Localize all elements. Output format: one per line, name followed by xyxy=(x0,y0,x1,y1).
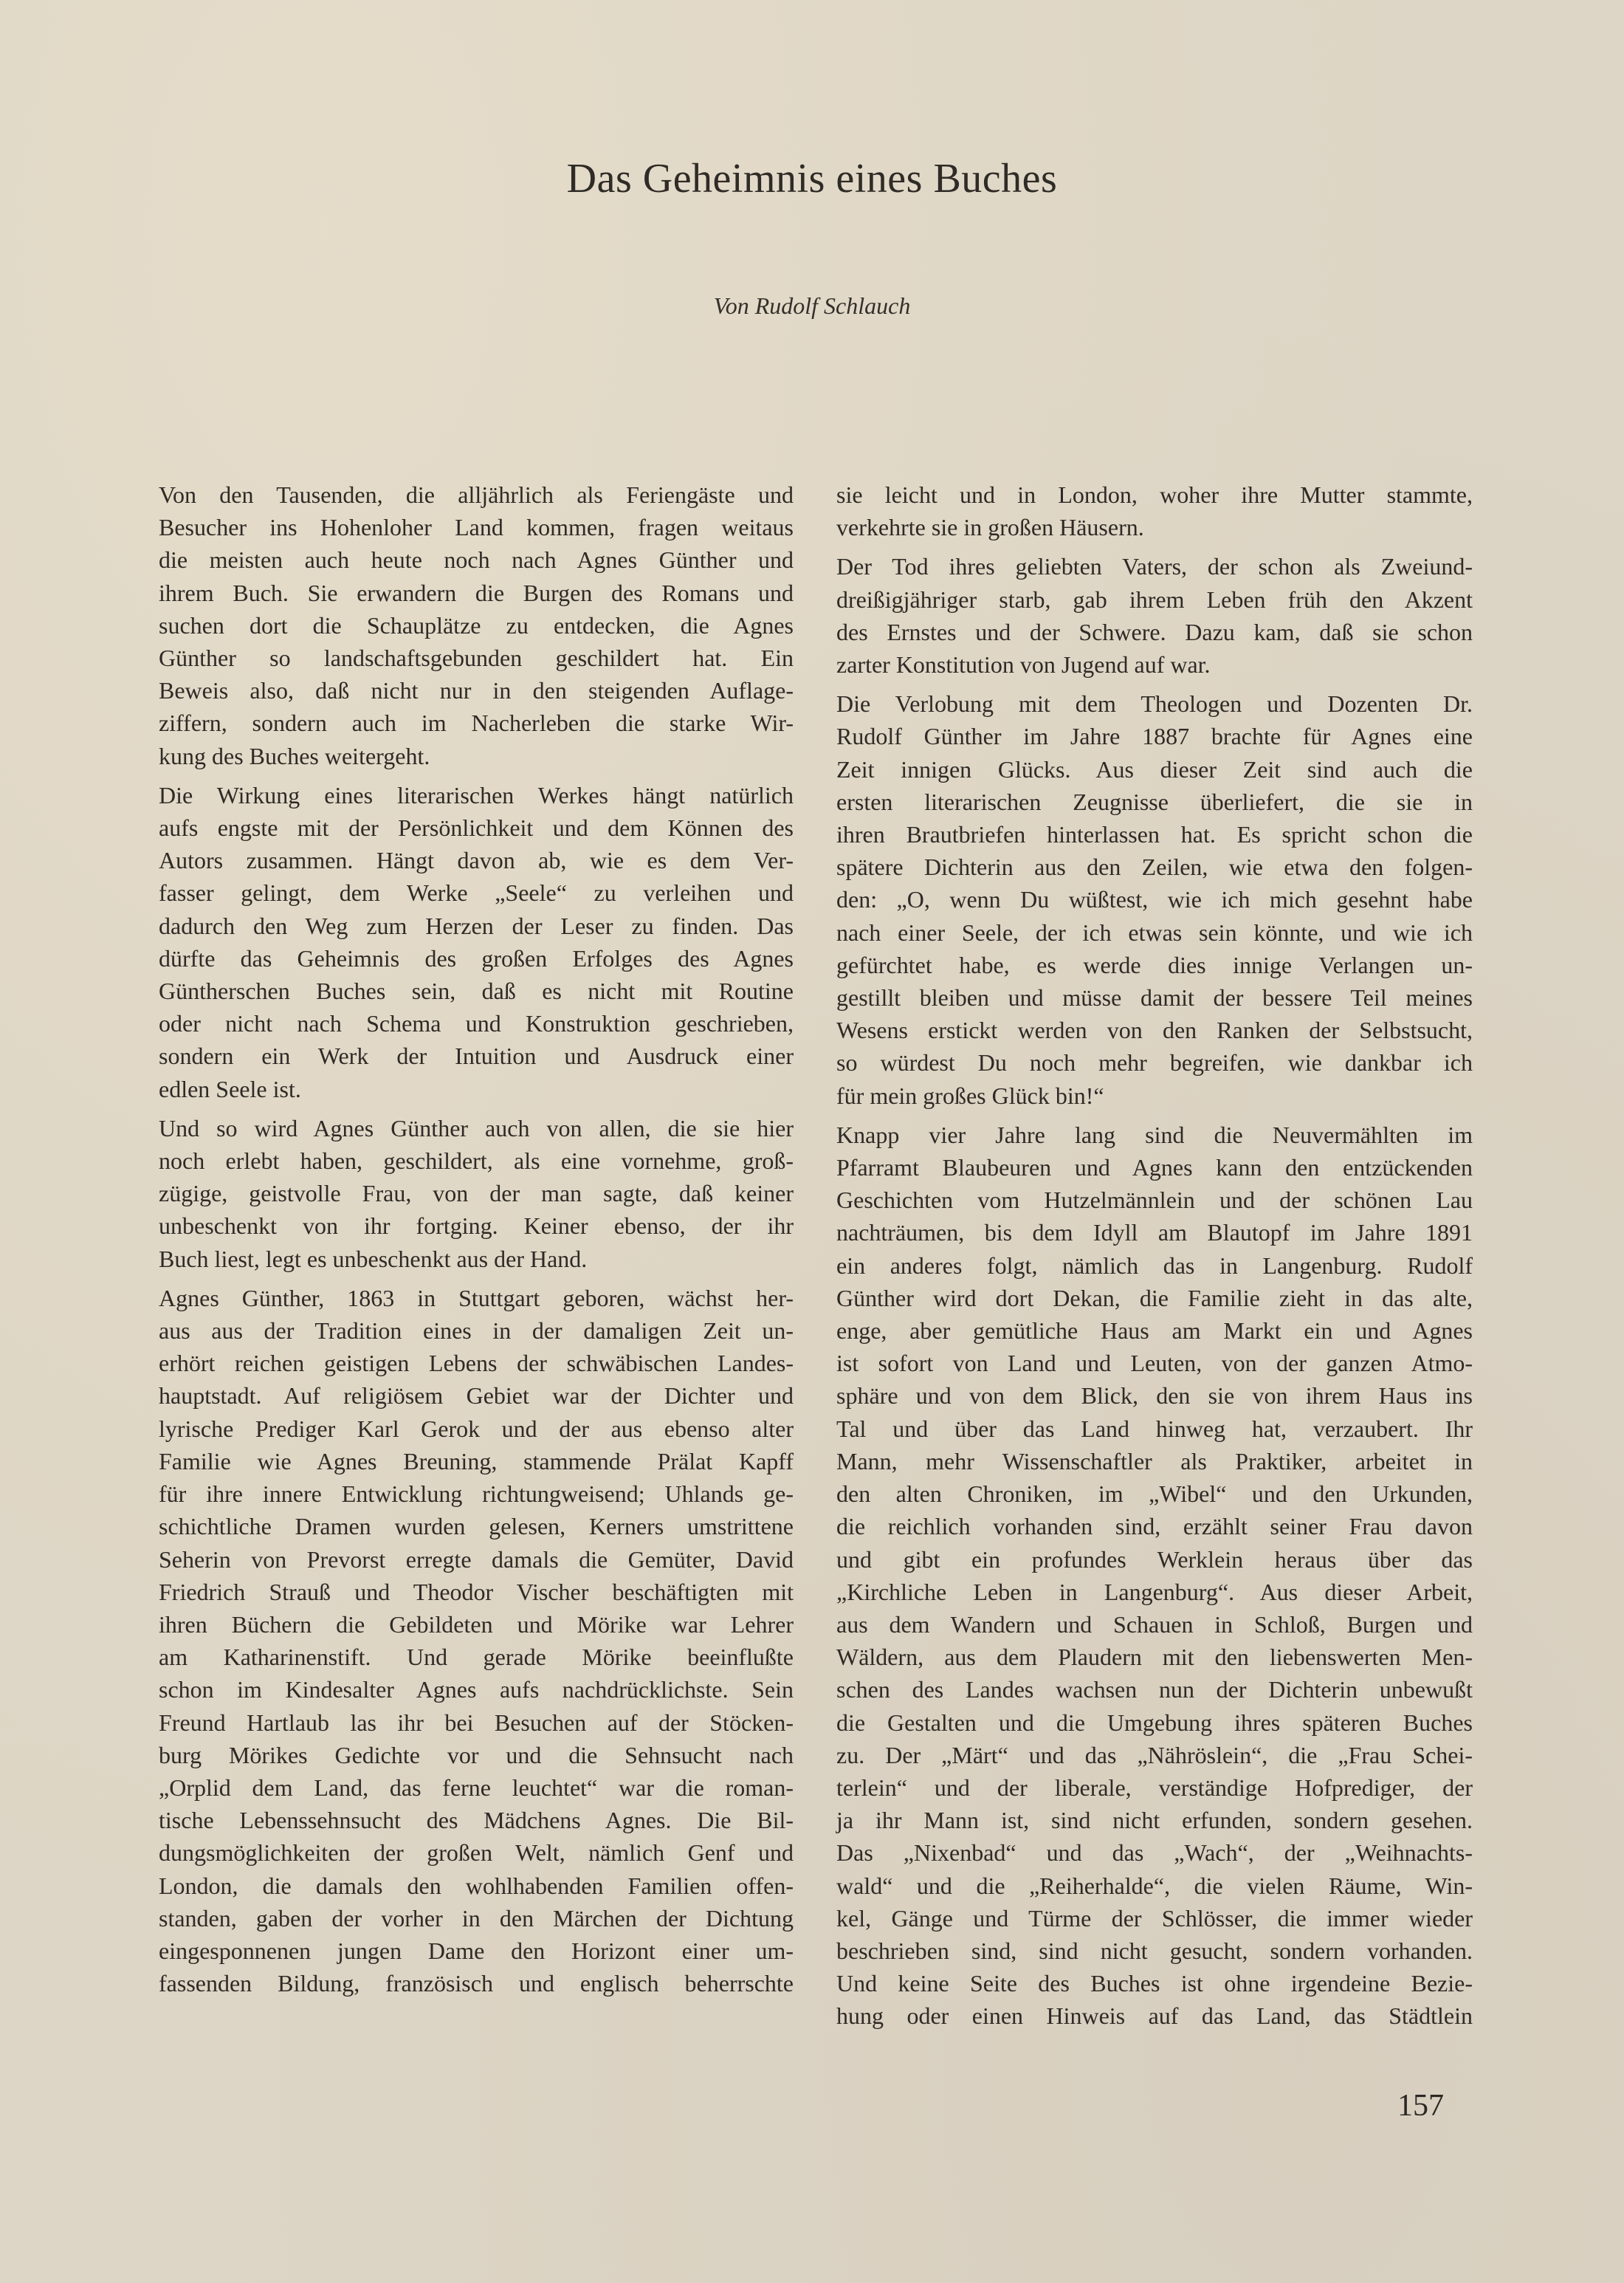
text-line: lyrische Prediger Karl Gerok und der aus… xyxy=(159,1412,794,1445)
text-line: ist sofort von Land und Leuten, von der … xyxy=(836,1347,1473,1379)
text-line: Buch liest, legt es unbeschenkt aus der … xyxy=(159,1243,794,1275)
text-line: Mann, mehr Wissenschaftler als Praktiker… xyxy=(836,1445,1473,1477)
text-line: zarter Konstitution von Jugend auf war. xyxy=(836,648,1473,681)
text-line: hung oder einen Hinweis auf das Land, da… xyxy=(836,1999,1473,2032)
text-line: so würdest Du noch mehr begreifen, wie d… xyxy=(836,1046,1473,1079)
text-line: schon im Kindesalter Agnes aufs nachdrüc… xyxy=(159,1673,794,1706)
text-line: Wesens erstickt werden von den Ranken de… xyxy=(836,1014,1473,1046)
article-byline: Von Rudolf Schlauch xyxy=(0,292,1624,320)
text-line: fassenden Bildung, französisch und engli… xyxy=(159,1967,794,1999)
text-line: schichtliche Dramen wurden gelesen, Kern… xyxy=(159,1510,794,1542)
text-line: „Kirchliche Leben in Langenburg“. Aus di… xyxy=(836,1576,1473,1608)
text-line: ja ihr Mann ist, sind nicht erfunden, so… xyxy=(836,1804,1473,1836)
text-line: Von den Tausenden, die alljährlich als F… xyxy=(159,478,794,511)
text-line: erhört reichen geistigen Lebens der schw… xyxy=(159,1347,794,1379)
paragraph: Von den Tausenden, die alljährlich als F… xyxy=(159,478,794,772)
page-number: 157 xyxy=(1397,2088,1444,2124)
text-line: „Orplid dem Land, das ferne leuchtet“ wa… xyxy=(159,1771,794,1804)
text-line: Wäldern, aus dem Plaudern mit den lieben… xyxy=(836,1641,1473,1673)
text-line: Friedrich Strauß und Theodor Vischer bes… xyxy=(159,1576,794,1608)
text-column-left: Von den Tausenden, die alljährlich als F… xyxy=(159,478,794,2006)
text-line: die meisten auch heute noch nach Agnes G… xyxy=(159,543,794,576)
text-line: hauptstadt. Auf religiösem Gebiet war de… xyxy=(159,1379,794,1412)
text-line: Tal und über das Land hinweg hat, verzau… xyxy=(836,1412,1473,1445)
text-line: nachträumen, bis dem Idyll am Blautopf i… xyxy=(836,1216,1473,1249)
text-line: sondern ein Werk der Intuition und Ausdr… xyxy=(159,1040,794,1072)
text-line: Knapp vier Jahre lang sind die Neuvermäh… xyxy=(836,1119,1473,1151)
text-line: für mein großes Glück bin!“ xyxy=(836,1079,1473,1112)
text-line: ihren Brautbriefen hinterlassen hat. Es … xyxy=(836,818,1473,851)
text-line: Günther wird dort Dekan, die Familie zie… xyxy=(836,1282,1473,1314)
paragraph: sie leicht und in London, woher ihre Mut… xyxy=(836,478,1473,543)
text-line: wald“ und die „Reiherhalde“, die vielen … xyxy=(836,1870,1473,1902)
text-line: Das „Nixenbad“ und das „Wach“, der „Weih… xyxy=(836,1836,1473,1869)
text-line: suchen dort die Schauplätze zu entdecken… xyxy=(159,609,794,642)
paragraph: Knapp vier Jahre lang sind die Neuvermäh… xyxy=(836,1119,1473,2033)
text-line: Günther so landschaftsgebunden geschilde… xyxy=(159,642,794,674)
paragraph: Und so wird Agnes Günther auch von allen… xyxy=(159,1112,794,1275)
text-line: zu. Der „Märt“ und das „Nähröslein“, die… xyxy=(836,1739,1473,1771)
text-line: schen des Landes wachsen nun der Dichter… xyxy=(836,1673,1473,1706)
text-line: nach einer Seele, der ich etwas sein kön… xyxy=(836,916,1473,949)
text-line: gestillt bleiben und müsse damit der bes… xyxy=(836,981,1473,1014)
text-line: Der Tod ihres geliebten Vaters, der scho… xyxy=(836,550,1473,583)
text-line: tische Lebenssehnsucht des Mädchens Agne… xyxy=(159,1804,794,1836)
text-line: ziffern, sondern auch im Nacherleben die… xyxy=(159,707,794,739)
text-line: Die Wirkung eines literarischen Werkes h… xyxy=(159,779,794,811)
text-line: sie leicht und in London, woher ihre Mut… xyxy=(836,478,1473,511)
text-line: edlen Seele ist. xyxy=(159,1073,794,1105)
text-line: zügige, geistvolle Frau, von der man sag… xyxy=(159,1177,794,1209)
text-line: Autors zusammen. Hängt davon ab, wie es … xyxy=(159,844,794,876)
text-line: aus dem Wandern und Schauen in Schloß, B… xyxy=(836,1608,1473,1641)
text-line: Geschichten vom Hutzelmännlein und der s… xyxy=(836,1184,1473,1216)
text-line: standen, gaben der vorher in den Märchen… xyxy=(159,1902,794,1934)
text-line: die reichlich vorhanden sind, erzählt se… xyxy=(836,1510,1473,1542)
paragraph: Die Verlobung mit dem Theologen und Doze… xyxy=(836,687,1473,1112)
text-line: Zeit innigen Glücks. Aus dieser Zeit sin… xyxy=(836,753,1473,786)
text-column-right: sie leicht und in London, woher ihre Mut… xyxy=(836,478,1473,2039)
text-line: dungsmöglichkeiten der großen Welt, näml… xyxy=(159,1836,794,1869)
text-line: die Gestalten und die Umgebung ihres spä… xyxy=(836,1706,1473,1739)
text-line: dreißigjähriger starb, gab ihrem Leben f… xyxy=(836,583,1473,616)
text-line: am Katharinenstift. Und gerade Mörike be… xyxy=(159,1641,794,1673)
text-line: ersten literarischen Zeugnisse überliefe… xyxy=(836,786,1473,818)
paragraph: Die Wirkung eines literarischen Werkes h… xyxy=(159,779,794,1105)
text-line: Familie wie Agnes Breuning, stammende Pr… xyxy=(159,1445,794,1477)
text-line: enge, aber gemütliche Haus am Markt ein … xyxy=(836,1314,1473,1347)
text-line: dadurch den Weg zum Herzen der Leser zu … xyxy=(159,910,794,942)
text-line: für ihre innere Entwicklung richtungweis… xyxy=(159,1477,794,1510)
text-line: beschrieben sind, sind nicht gesucht, so… xyxy=(836,1934,1473,1967)
text-line: Besucher ins Hohenloher Land kommen, fra… xyxy=(159,511,794,543)
text-line: den alten Chroniken, im „Wibel“ und den … xyxy=(836,1477,1473,1510)
text-line: des Ernstes und der Schwere. Dazu kam, d… xyxy=(836,616,1473,648)
text-line: oder nicht nach Schema und Konstruktion … xyxy=(159,1007,794,1040)
text-line: Seherin von Prevorst erregte damals die … xyxy=(159,1543,794,1576)
document-page: Das Geheimnis eines Buches Von Rudolf Sc… xyxy=(0,0,1624,2283)
text-line: kung des Buches weitergeht. xyxy=(159,740,794,772)
text-line: gefürchtet habe, es werde dies innige Ve… xyxy=(836,949,1473,981)
text-line: Und so wird Agnes Günther auch von allen… xyxy=(159,1112,794,1144)
text-line: eingesponnenen jungen Dame den Horizont … xyxy=(159,1934,794,1967)
text-line: burg Mörikes Gedichte vor und die Sehnsu… xyxy=(159,1739,794,1771)
text-line: fasser gelingt, dem Werke „Seele“ zu ver… xyxy=(159,876,794,909)
text-line: verkehrte sie in großen Häusern. xyxy=(836,511,1473,543)
text-line: aus aus der Tradition eines in der damal… xyxy=(159,1314,794,1347)
text-line: Die Verlobung mit dem Theologen und Doze… xyxy=(836,687,1473,720)
paragraph: Agnes Günther, 1863 in Stuttgart geboren… xyxy=(159,1282,794,1999)
text-line: Freund Hartlaub las ihr bei Besuchen auf… xyxy=(159,1706,794,1739)
text-line: den: „O, wenn Du wüßtest, wie ich mich g… xyxy=(836,883,1473,916)
text-line: Güntherschen Buches sein, daß es nicht m… xyxy=(159,975,794,1007)
article-title: Das Geheimnis eines Buches xyxy=(0,155,1624,202)
text-line: ihren Büchern die Gebildeten und Mörike … xyxy=(159,1608,794,1641)
text-line: Beweis also, daß nicht nur in den steige… xyxy=(159,674,794,707)
text-line: Rudolf Günther im Jahre 1887 brachte für… xyxy=(836,720,1473,752)
text-line: terlein“ und der liberale, verständige H… xyxy=(836,1771,1473,1804)
text-line: spätere Dichterin aus den Zeilen, wie et… xyxy=(836,851,1473,883)
text-line: kel, Gänge und Türme der Schlösser, die … xyxy=(836,1902,1473,1934)
text-line: Agnes Günther, 1863 in Stuttgart geboren… xyxy=(159,1282,794,1314)
text-line: unbeschenkt von ihr fortging. Keiner ebe… xyxy=(159,1209,794,1242)
text-line: dürfte das Geheimnis des großen Erfolges… xyxy=(159,942,794,975)
text-line: sphäre und von dem Blick, den sie von ih… xyxy=(836,1379,1473,1412)
text-line: London, die damals den wohlhabenden Fami… xyxy=(159,1870,794,1902)
text-line: noch erlebt haben, geschildert, als eine… xyxy=(159,1144,794,1177)
text-line: aufs engste mit der Persönlichkeit und d… xyxy=(159,811,794,844)
text-line: und gibt ein profundes Werklein heraus ü… xyxy=(836,1543,1473,1576)
text-line: Und keine Seite des Buches ist ohne irge… xyxy=(836,1967,1473,1999)
text-line: ein anderes folgt, nämlich das in Langen… xyxy=(836,1249,1473,1282)
text-line: Pfarramt Blaubeuren und Agnes kann den e… xyxy=(836,1151,1473,1184)
paragraph: Der Tod ihres geliebten Vaters, der scho… xyxy=(836,550,1473,681)
text-line: ihrem Buch. Sie erwandern die Burgen des… xyxy=(159,577,794,609)
